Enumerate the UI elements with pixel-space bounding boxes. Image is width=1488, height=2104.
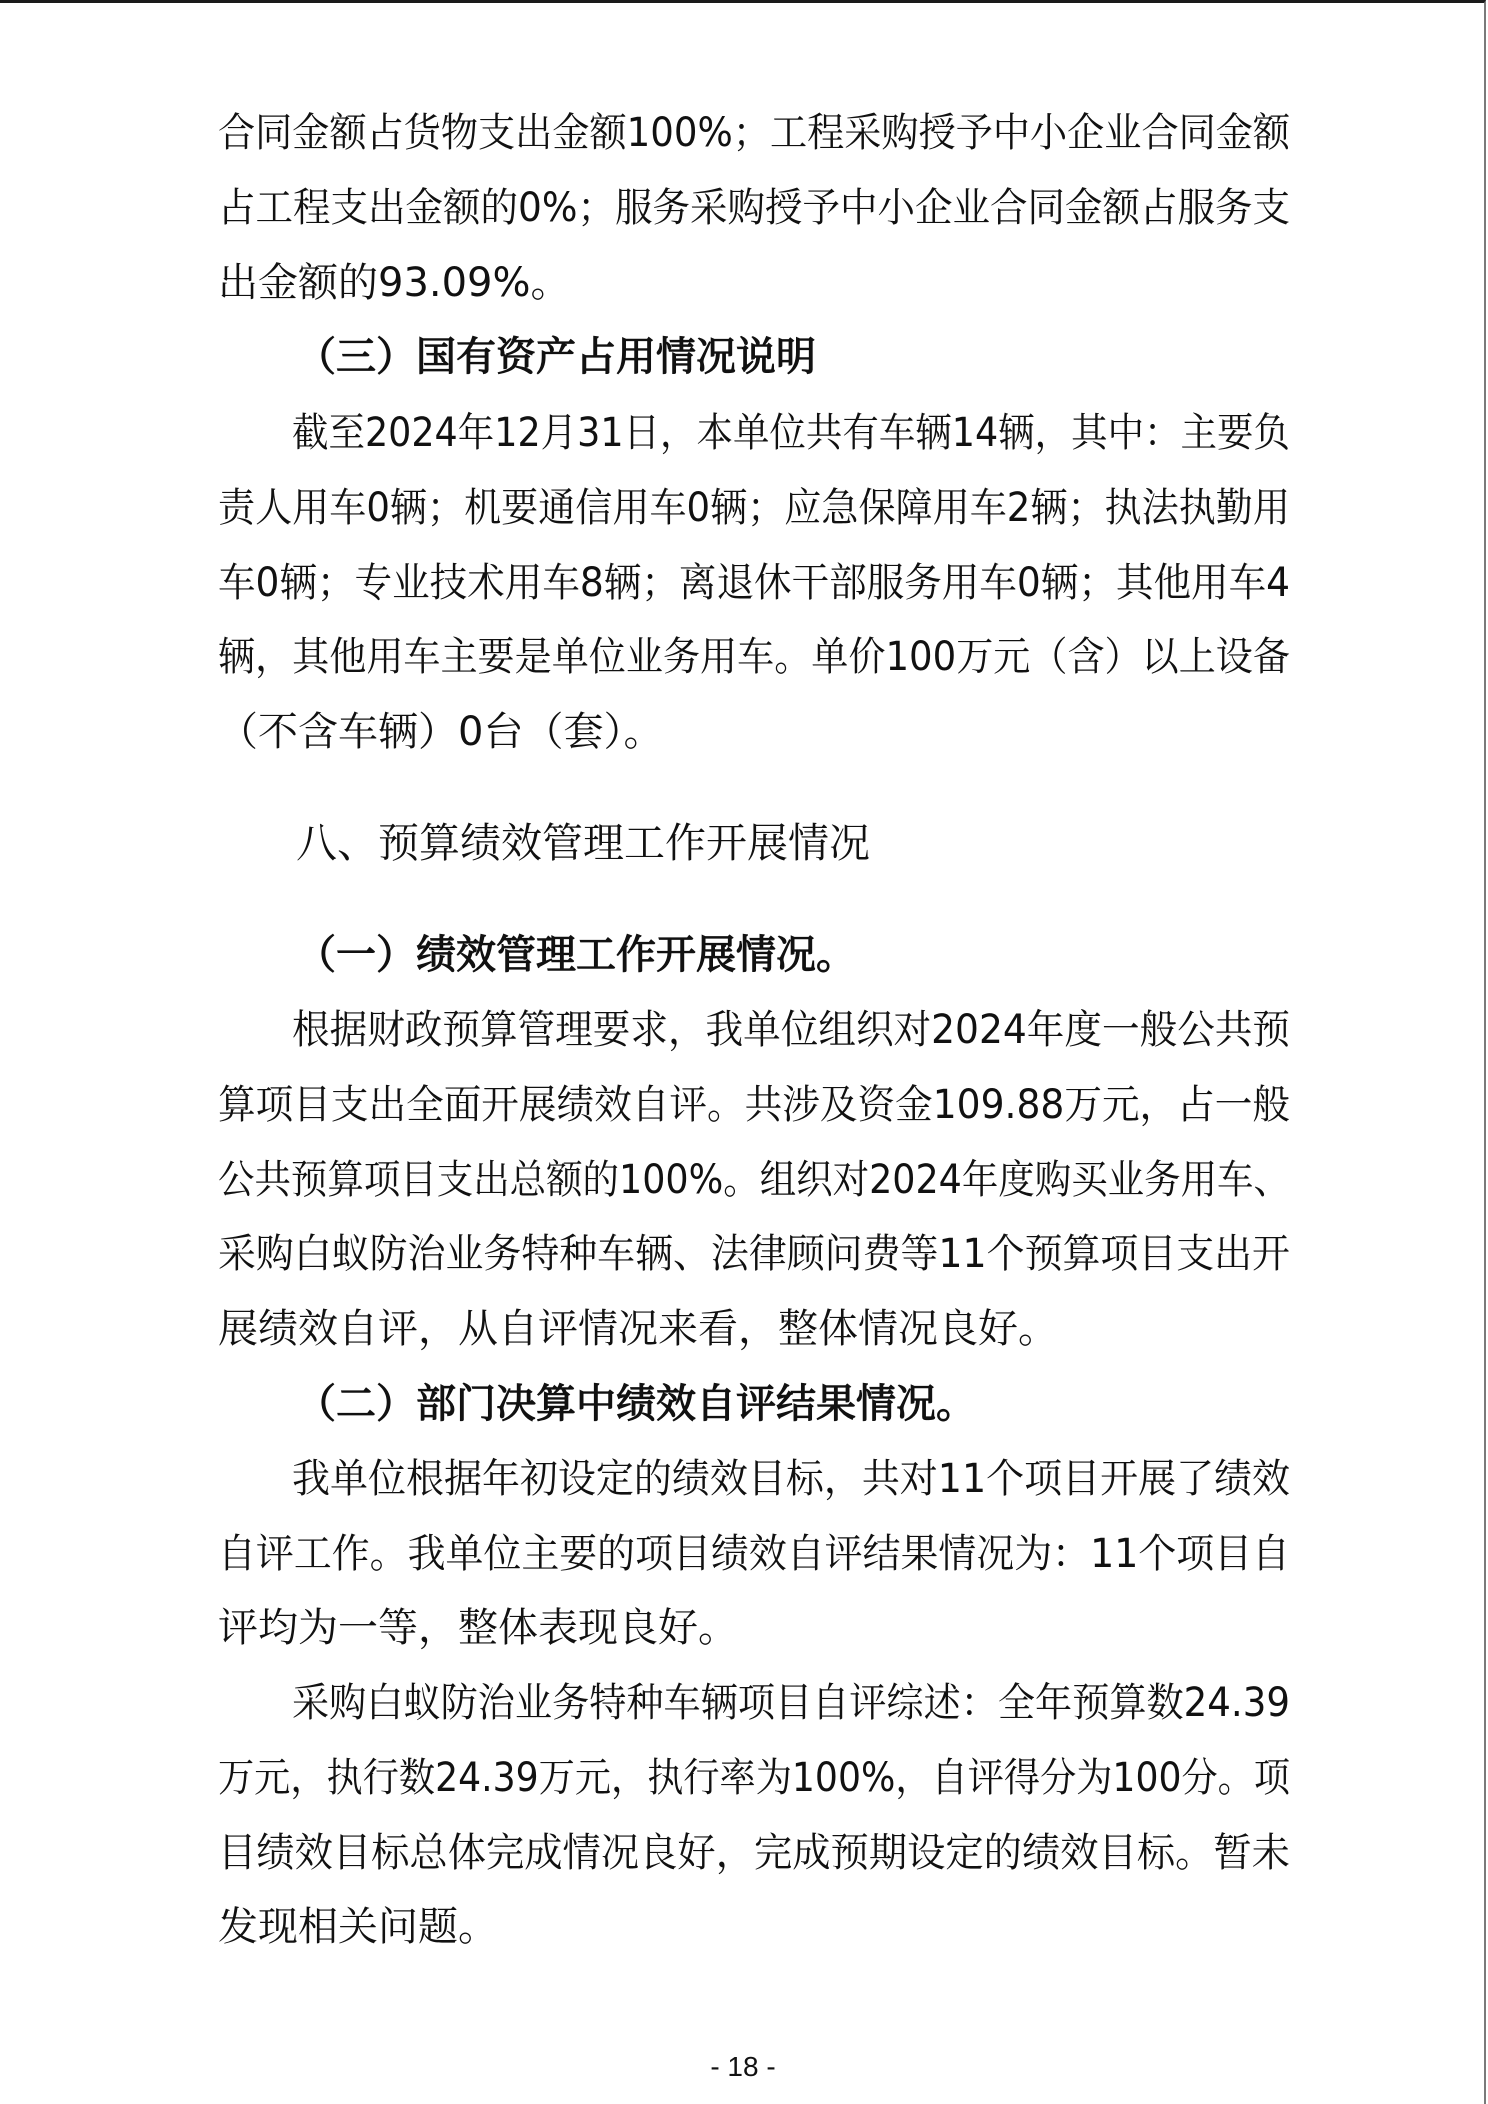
paragraph-line: 目绩效目标总体完成情况良好，完成预期设定的绩效目标。暂未	[218, 1829, 1247, 1877]
chapter-title: 八、预算绩效管理工作开展情况	[296, 819, 1371, 867]
paragraph-line: 自评工作。我单位主要的项目绩效自评结果情况为：11个项目自	[218, 1530, 1237, 1578]
paragraph-line: 评均为一等，整体表现良好。	[218, 1604, 1293, 1652]
paragraph-line: 责人用车0辆；机要通信用车0辆；应急保障用车2辆；执法执勤用	[218, 484, 1215, 532]
paragraph-line: 合同金额占货物支出金额100%；工程采购授予中小企业合同金额	[218, 109, 1216, 157]
page-number: - 18 -	[0, 2051, 1486, 2083]
section-heading-assets: （三）国有资产占用情况说明	[296, 333, 1371, 381]
paragraph-line: 我单位根据年初设定的绩效目标，共对11个项目开展了绩效	[292, 1455, 1313, 1503]
paragraph-line: 根据财政预算管理要求，我单位组织对2024年度一般公共预	[292, 1006, 1302, 1054]
paragraph-line: 万元，执行数24.39万元，执行率为100%，自评得分为100分。项	[218, 1754, 1190, 1802]
paragraph-line: 车0辆；专业技术用车8辆；离退休干部服务用车0辆；其他用车4	[218, 559, 1227, 607]
paragraph-line: 辆，其他用车主要是单位业务用车。单价100万元（含）以上设备	[218, 633, 1215, 681]
paragraph-line: 出金额的93.09%。	[218, 259, 1293, 307]
paragraph-line: 采购白蚁防治业务特种车辆项目自评综述：全年预算数24.39	[292, 1679, 1290, 1727]
paragraph-line: 截至2024年12月31日，本单位共有车辆14辆，其中：主要负	[292, 409, 1272, 457]
paragraph-line: 展绩效自评，从自评情况来看，整体情况良好。	[218, 1305, 1293, 1353]
paragraph-line: 算项目支出全面开展绩效自评。共涉及资金109.88万元，占一般	[218, 1081, 1229, 1129]
document-page: 合同金额占货物支出金额100%；工程采购授予中小企业合同金额 占工程支出金额的0…	[0, 0, 1486, 2104]
paragraph-line: （不含车辆）0台（套）。	[218, 708, 1293, 756]
paragraph-line: 公共预算项目支出总额的100%。组织对2024年度购买业务用车、	[218, 1156, 1198, 1204]
subsection-heading-self-evaluation-results: （二）部门决算中绩效自评结果情况。	[296, 1380, 1371, 1428]
subsection-heading-performance-management: （一）绩效管理工作开展情况。	[296, 931, 1371, 979]
paragraph-line: 发现相关问题。	[218, 1903, 1293, 1951]
paragraph-line: 采购白蚁防治业务特种车辆、法律顾问费等11个预算项目支出开	[218, 1230, 1237, 1278]
paragraph-line: 占工程支出金额的0%；服务采购授予中小企业合同金额占服务支	[218, 184, 1226, 232]
